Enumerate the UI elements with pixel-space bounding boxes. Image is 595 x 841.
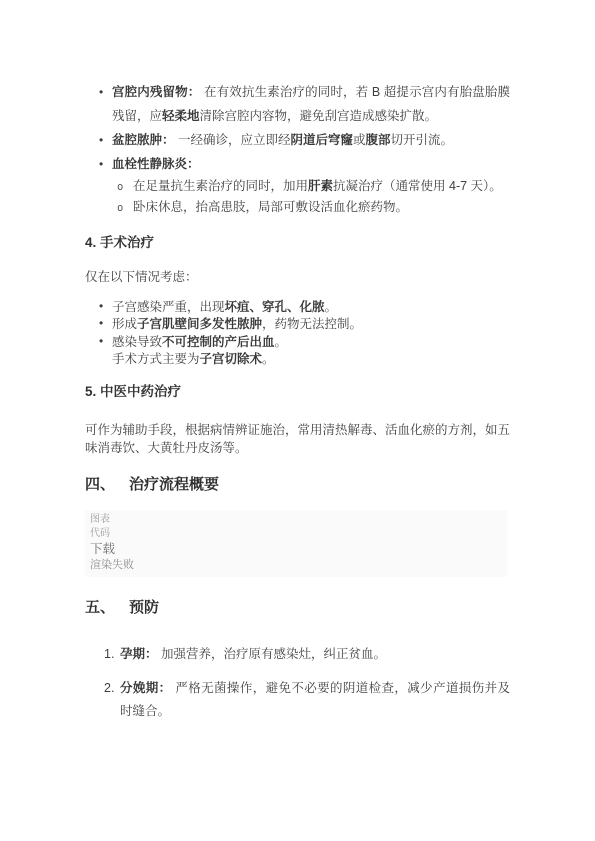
term-label: 宫腔内残留物： [112,85,200,99]
heading-prevention: 五、预防 [85,599,510,617]
download-button[interactable]: 下载 [90,541,501,558]
surgery-intro: 仅在以下情况考虑： [85,268,510,287]
sublist-item-bedrest: o 卧床休息，抬高患肢，局部可敷设活血化瘀药物。 [133,197,510,218]
disc-bullet-icon: • [99,128,103,152]
list-item-uncontrolled-bleeding: • 感染导致不可控制的产后出血。 手术方式主要为子宫切除术。 [112,334,510,369]
circle-bullet-icon: o [117,177,123,198]
disc-bullet-icon: • [99,333,103,351]
prevention-list: 1. 孕期： 加强营养，治疗原有感染灶，纠正贫血。 2. 分娩期： 严格无菌操作… [85,643,510,723]
surgery-conditions-list: • 子宫感染严重，出现坏疽、穿孔、化脓。 • 形成子宫肌壁间多发性脓肿，药物无法… [85,299,510,369]
list-item-thrombophlebitis: • 血栓性静脉炎： [112,152,510,176]
list-item-severe-infection: • 子宫感染严重，出现坏疽、穿孔、化脓。 [112,299,510,317]
section-title: 预防 [129,599,159,616]
list-item-pregnancy: 1. 孕期： 加强营养，治疗原有感染灶，纠正贫血。 [120,643,510,666]
term-label: 血栓性静脉炎： [112,157,200,171]
list-number: 1. [104,643,114,666]
disc-bullet-icon: • [99,315,103,333]
heading-treatment-flow: 四、治疗流程概要 [85,476,510,494]
section-number: 五、 [85,599,115,616]
list-item-myometrial-abscess: • 形成子宫肌壁间多发性脓肿，药物无法控制。 [112,316,510,334]
list-number: 2. [104,677,114,700]
disc-bullet-icon: • [99,152,103,176]
circle-bullet-icon: o [117,198,123,219]
disc-bullet-icon: • [99,80,103,104]
section-title: 治疗流程概要 [129,476,219,493]
section-number: 四、 [85,476,115,493]
surgery-method-line: 手术方式主要为子宫切除术。 [112,351,510,369]
tab-chart[interactable]: 图表 [90,513,501,527]
list-item-uterine-residue: • 宫腔内残留物： 在有效抗生素治疗的同时，若 B 超提示宫内有胎盘胎膜残留，应… [112,80,510,128]
disc-bullet-icon: • [99,298,103,316]
document-page: • 宫腔内残留物： 在有效抗生素治疗的同时，若 B 超提示宫内有胎盘胎膜残留，应… [0,0,595,723]
heading-surgical-treatment: 4. 手术治疗 [85,234,510,252]
tab-code[interactable]: 代码 [90,527,501,541]
term-label: 盆腔脓肿： [112,133,175,147]
sublist-item-heparin: o 在足量抗生素治疗的同时，加用肝素抗凝治疗（通常使用 4-7 天）。 [133,176,510,197]
render-failed-status: 渲染失败 [90,558,501,573]
list-item-pelvic-abscess: • 盆腔脓肿： 一经确诊，应立即经阴道后穹窿或腹部切开引流。 [112,128,510,152]
list-item-delivery: 2. 分娩期： 严格无菌操作，避免不必要的阴道检查，减少产道损伤并及时缝合。 [120,677,510,723]
thrombophlebitis-sublist: o 在足量抗生素治疗的同时，加用肝素抗凝治疗（通常使用 4-7 天）。 o 卧床… [85,176,510,218]
heading-tcm-treatment: 5. 中医中药治疗 [85,383,510,401]
chart-render-widget: 图表 代码 下载 渲染失败 [85,510,507,577]
tcm-paragraph: 可作为辅助手段，根据病情辨证施治，常用清热解毒、活血化瘀的方剂，如五味消毒饮、大… [85,421,510,458]
treatment-measures-list: • 宫腔内残留物： 在有效抗生素治疗的同时，若 B 超提示宫内有胎盘胎膜残留，应… [85,80,510,176]
